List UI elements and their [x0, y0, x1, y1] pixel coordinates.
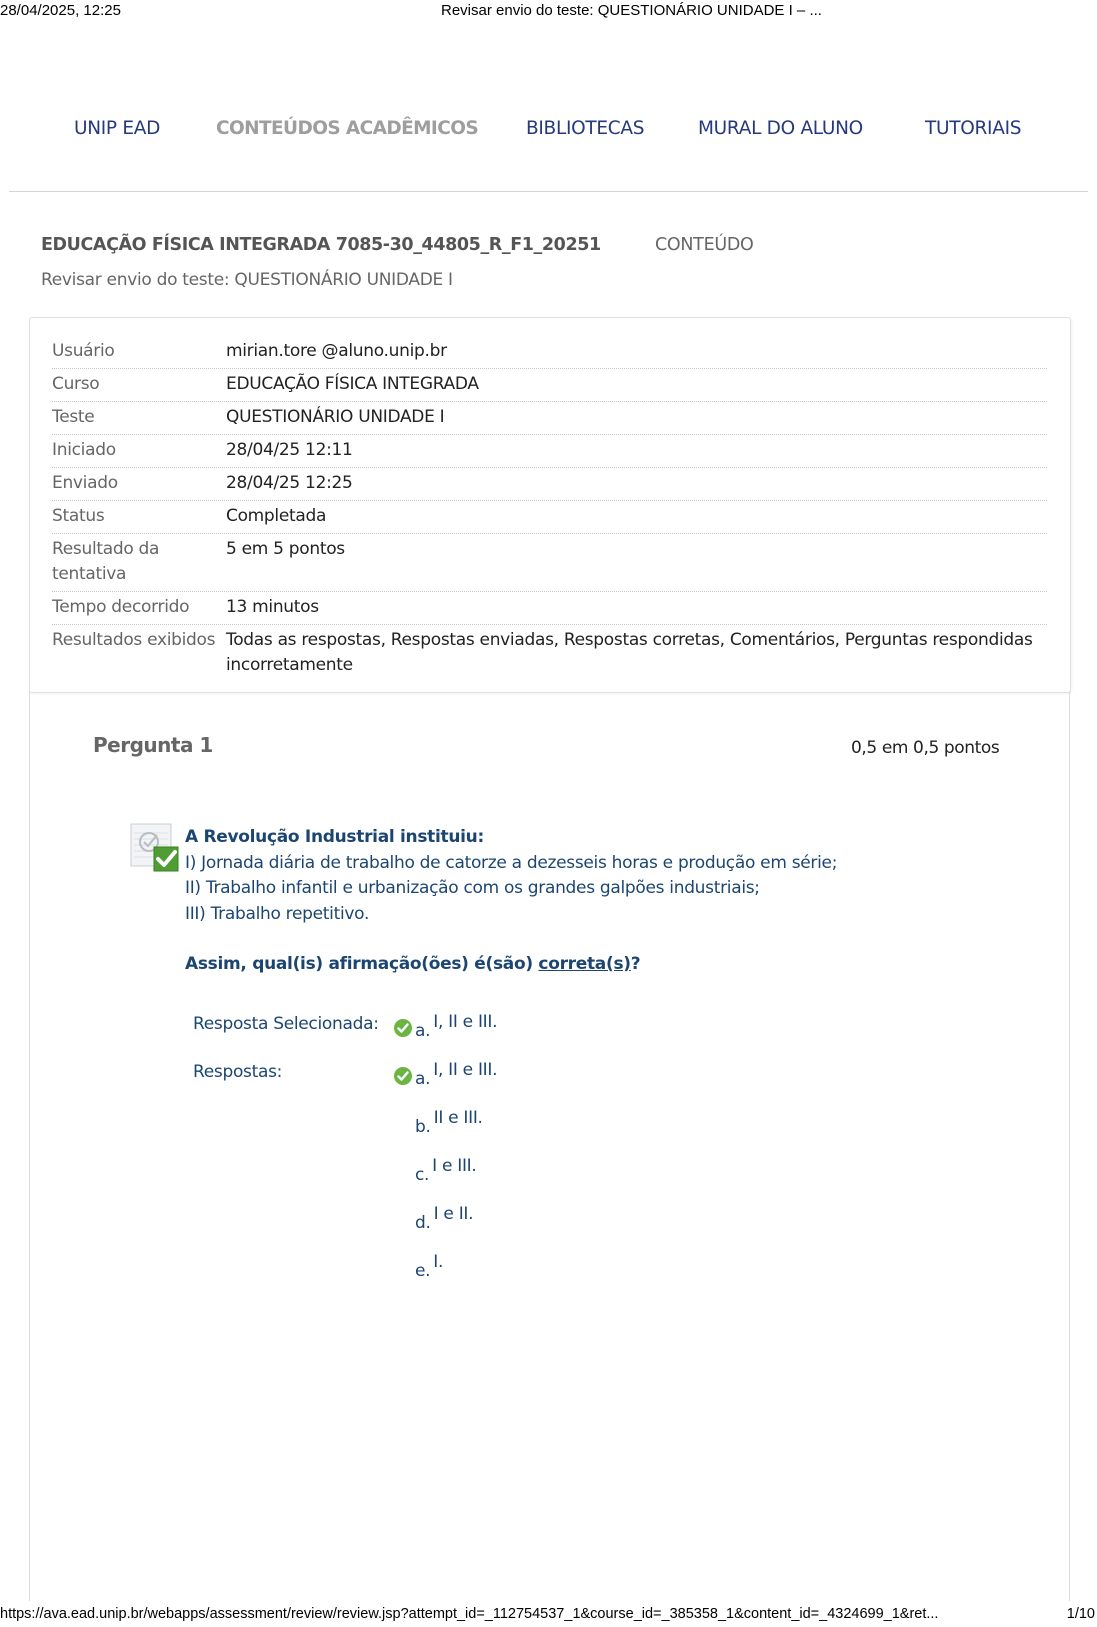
answer-letter: a.	[415, 1021, 430, 1041]
answer-text: I, II e III.	[433, 1012, 497, 1032]
answer-text: I e II.	[434, 1204, 474, 1224]
statement-1: I) Jornada diária de trabalho de catorze…	[185, 851, 905, 877]
print-datetime: 28/04/2025, 12:25	[0, 2, 121, 19]
question-text: A Revolução Industrial instituiu: I) Jor…	[185, 825, 905, 978]
selected-answer-label: Resposta Selecionada:	[193, 1014, 379, 1034]
answer-letter: e.	[415, 1261, 430, 1281]
correct-check-icon	[393, 1018, 415, 1038]
print-header: 28/04/2025, 12:25 Revisar envio do teste…	[0, 0, 1097, 24]
course-title[interactable]: EDUCAÇÃO FÍSICA INTEGRADA 7085-30_44805_…	[41, 235, 601, 255]
summary-value: 28/04/25 12:25	[226, 471, 1041, 496]
breadcrumb-conteudo[interactable]: CONTEÚDO	[655, 235, 754, 255]
summary-value: Todas as respostas, Respostas enviadas, …	[226, 628, 1041, 678]
summary-row-usuario: Usuáriomirian.tore @aluno.unip.br	[52, 336, 1047, 369]
attempt-summary-table: Usuáriomirian.tore @aluno.unip.br CursoE…	[52, 336, 1047, 682]
summary-value: QUESTIONÁRIO UNIDADE I	[226, 405, 1041, 430]
answer-letter: a.	[415, 1069, 430, 1089]
content-border-right	[1069, 691, 1070, 1601]
summary-row-curso: CursoEDUCAÇÃO FÍSICA INTEGRADA	[52, 369, 1047, 402]
question-prompt: Assim, qual(is) afirmação(ões) é(são) co…	[185, 952, 905, 978]
summary-row-status: StatusCompletada	[52, 501, 1047, 534]
summary-value: mirian.tore @aluno.unip.br	[226, 339, 1041, 364]
question-points: 0,5 em 0,5 pontos	[851, 738, 999, 758]
answer-option-c: c.I e III.	[393, 1157, 476, 1177]
question-header: Pergunta 1	[93, 733, 213, 757]
answer-letter: c.	[415, 1165, 429, 1185]
nav-unip-ead[interactable]: UNIP EAD	[74, 118, 160, 139]
nav-conteudos-academicos[interactable]: CONTEÚDOS ACADÊMICOS	[216, 118, 478, 139]
nav-bibliotecas[interactable]: BIBLIOTECAS	[526, 118, 644, 139]
summary-row-resultados-exibidos: Resultados exibidosTodas as respostas, R…	[52, 625, 1047, 682]
nav-tutoriais[interactable]: TUTORIAIS	[925, 118, 1021, 139]
summary-row-resultado: Resultado da tentativa5 em 5 pontos	[52, 534, 1047, 592]
summary-value: EDUCAÇÃO FÍSICA INTEGRADA	[226, 372, 1041, 397]
summary-row-tempo: Tempo decorrido13 minutos	[52, 592, 1047, 625]
print-page-title: Revisar envio do teste: QUESTIONÁRIO UNI…	[441, 2, 822, 19]
selected-answer: a.I, II e III.	[393, 1013, 497, 1038]
print-page-number: 1/10	[1067, 1606, 1095, 1622]
answer-option-e: e.I.	[393, 1253, 443, 1273]
statement-3: III) Trabalho repetitivo.	[185, 902, 905, 928]
attempt-summary: Usuáriomirian.tore @aluno.unip.br CursoE…	[29, 317, 1071, 693]
answer-text: I e III.	[432, 1156, 476, 1176]
answer-option-d: d.I e II.	[393, 1205, 473, 1225]
summary-label: Enviado	[52, 471, 226, 496]
summary-label: Usuário	[52, 339, 226, 364]
summary-label: Resultados exibidos	[52, 628, 226, 653]
summary-label: Resultado da tentativa	[52, 537, 202, 587]
answer-option-b: b.II e III.	[393, 1109, 483, 1129]
answers-label: Respostas:	[193, 1062, 282, 1082]
nav-mural-do-aluno[interactable]: MURAL DO ALUNO	[698, 118, 863, 139]
summary-value: 5 em 5 pontos	[226, 537, 1041, 562]
summary-value: Completada	[226, 504, 1041, 529]
answer-text: I.	[433, 1252, 443, 1272]
summary-value: 28/04/25 12:11	[226, 438, 1041, 463]
statement-2: II) Trabalho infantil e urbanização com …	[185, 876, 905, 902]
question-stem: A Revolução Industrial instituiu:	[185, 825, 905, 851]
answer-letter: b.	[415, 1117, 431, 1137]
nav-divider	[9, 191, 1088, 192]
summary-label: Status	[52, 504, 226, 529]
top-navigation: UNIP EAD CONTEÚDOS ACADÊMICOS BIBLIOTECA…	[0, 118, 1097, 148]
summary-row-enviado: Enviado28/04/25 12:25	[52, 468, 1047, 501]
print-url: https://ava.ead.unip.br/webapps/assessme…	[0, 1606, 938, 1622]
summary-label: Tempo decorrido	[52, 595, 226, 620]
summary-label: Curso	[52, 372, 226, 397]
content-border-left	[29, 691, 30, 1601]
correct-check-icon	[393, 1066, 415, 1086]
answer-option-a: a.I, II e III.	[393, 1061, 497, 1086]
correct-question-icon	[130, 823, 180, 873]
summary-row-iniciado: Iniciado28/04/25 12:11	[52, 435, 1047, 468]
page-title: Revisar envio do teste: QUESTIONÁRIO UNI…	[41, 270, 453, 290]
print-footer: https://ava.ead.unip.br/webapps/assessme…	[0, 1603, 1097, 1627]
summary-label: Iniciado	[52, 438, 226, 463]
answer-text: I, II e III.	[433, 1060, 497, 1080]
answer-letter: d.	[415, 1213, 431, 1233]
summary-value: 13 minutos	[226, 595, 1041, 620]
summary-label: Teste	[52, 405, 226, 430]
summary-row-teste: TesteQUESTIONÁRIO UNIDADE I	[52, 402, 1047, 435]
answer-text: II e III.	[434, 1108, 483, 1128]
